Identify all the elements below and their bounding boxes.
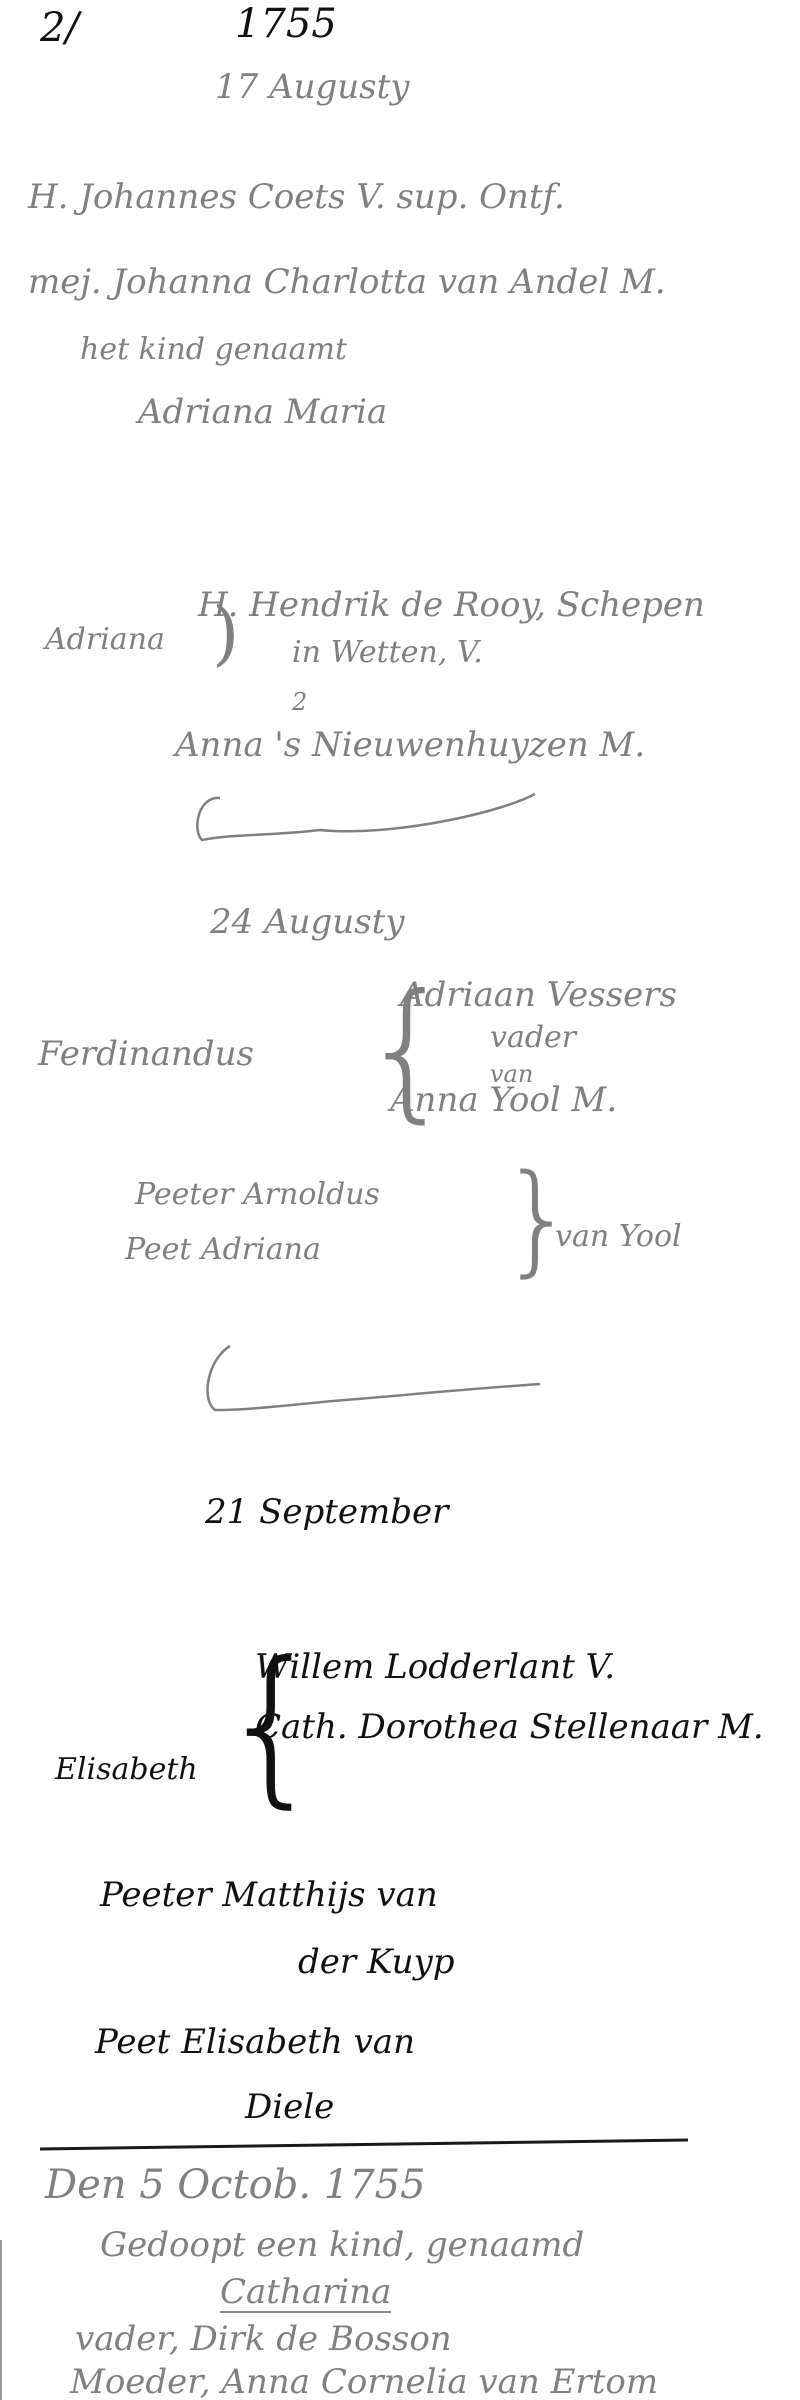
entry-father-place: in Wetten, V. (292, 638, 483, 668)
margin-line (0, 2240, 2, 2400)
entry-date: 17 Augusty (215, 70, 410, 104)
entry-godparent-2: Peet Elisabeth van (95, 2025, 415, 2059)
flourish-icon (190, 790, 550, 850)
entry-godparents-surname: van Yool (555, 1222, 682, 1252)
entry-mother-marker: 2 (292, 690, 307, 714)
flourish-icon (195, 1340, 555, 1420)
entry-father-role: vader (490, 1023, 576, 1053)
entry-line-father: H. Johannes Coets V. sup. Ontf. (28, 180, 565, 214)
entry-child-name: Adriana (45, 625, 165, 655)
entry-line-baptized: Gedoopt een kind, genaamd (100, 2228, 584, 2262)
entry-godparent-1: Peeter Matthijs van (100, 1878, 438, 1912)
entry-child-name: Ferdinandus (38, 1037, 254, 1071)
entry-child-name: Adriana Maria (138, 395, 387, 429)
entry-father: Adriaan Vessers (400, 978, 677, 1012)
entry-godparent-2: Peet Adriana (125, 1235, 321, 1265)
folio-mark: 2/ (40, 8, 79, 48)
entry-godparent-1: Peeter Arnoldus (135, 1180, 380, 1210)
entry-mother: Moeder, Anna Cornelia van Ertom (70, 2365, 658, 2399)
entry-mother: Cath. Dorothea Stellenaar M. (255, 1710, 764, 1744)
entry-line-child-intro: het kind genaamt (80, 335, 347, 365)
entry-date: 21 September (205, 1495, 448, 1529)
entry-father: H. Hendrik de Rooy, Schepen (198, 588, 705, 622)
entry-father: Willem Lodderlant V. (255, 1650, 615, 1684)
entry-godparent-2-cont: Diele (245, 2090, 334, 2124)
year-heading: 1755 (235, 4, 337, 44)
register-page: 2/ 1755 17 Augusty H. Johannes Coets V. … (0, 0, 800, 2400)
entry-child-name: Elisabeth (55, 1755, 198, 1785)
entry-godparent-1-cont: der Kuyp (298, 1945, 454, 1979)
entry-father: vader, Dirk de Bosson (75, 2322, 452, 2356)
entry-child-name: Catharina (220, 2275, 391, 2313)
entry-date: Den 5 Octob. 1755 (45, 2165, 426, 2205)
section-divider (40, 2138, 688, 2150)
entry-mother: Anna Yool M. (390, 1083, 617, 1117)
entry-line-mother: mej. Johanna Charlotta van Andel M. (28, 265, 666, 299)
entry-mother: Anna 's Nieuwenhuyzen M. (175, 728, 645, 762)
entry-date: 24 Augusty (210, 905, 405, 939)
